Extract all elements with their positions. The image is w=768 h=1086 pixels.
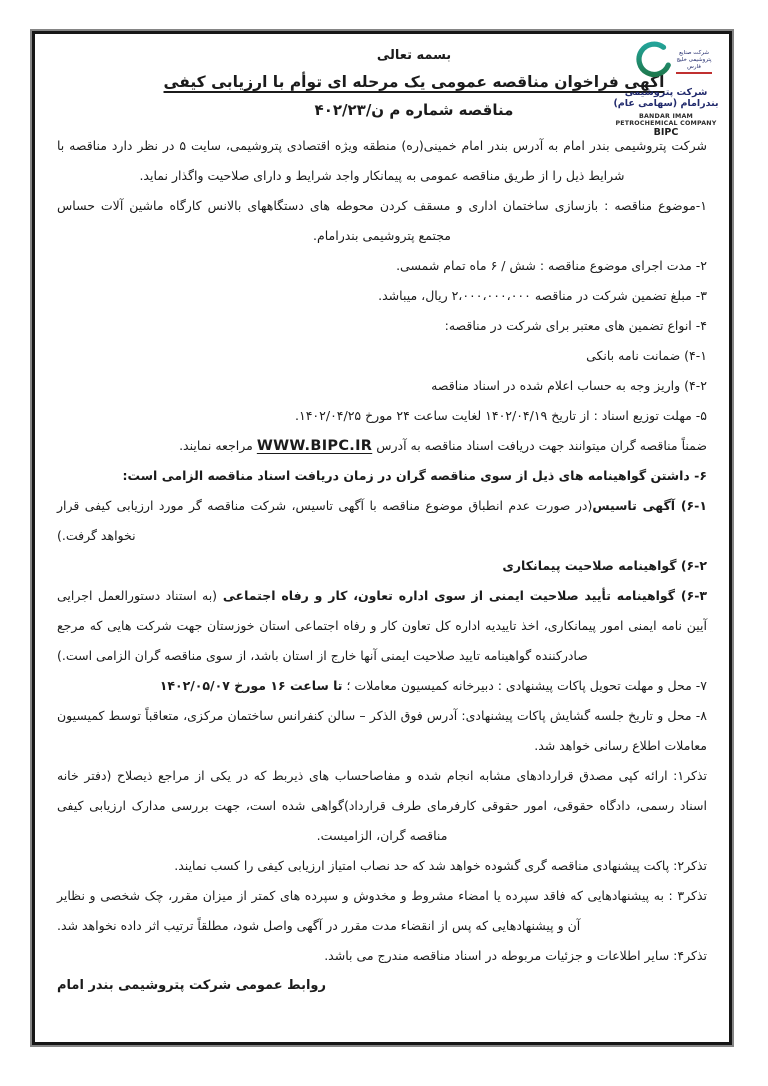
paragraph-2: ۱-موضوع مناقصه : بازسازی ساختمان اداری و… xyxy=(57,191,707,251)
text-run: تذکر۲: پاکت پیشنهادی مناقصه گری گشوده خو… xyxy=(174,858,707,873)
logo-swoosh-icon xyxy=(631,41,673,85)
logo-holding-script: شرکت صنایع پتروشیمی خلیج فارس xyxy=(671,50,717,74)
logo-company-name-en: BANDAR IMAM PETROCHEMICAL COMPANY xyxy=(607,113,725,127)
text-run: تذکر۴: سایر اطلاعات و جزئیات مربوطه در ا… xyxy=(324,948,707,963)
paragraph-13: ۶-۳) گواهینامه تأیید صلاحیت ایمنی از سوی… xyxy=(57,581,707,671)
text-run: تا ساعت ۱۶ مورخ ۱۴۰۲/۰۵/۰۷ xyxy=(160,678,343,693)
footer-signature: روابط عمومی شرکت پتروشیمی بندر امام xyxy=(57,971,707,1001)
text-run: ۳- مبلغ تضمین شرکت در مناقصه ۲،۰۰۰،۰۰۰،۰… xyxy=(378,288,707,303)
logo-holding-script-text: شرکت صنایع پتروشیمی خلیج فارس xyxy=(671,50,717,71)
paragraph-15: ۸- محل و تاریخ جلسه گشایش پاکات پیشنهادی… xyxy=(57,701,707,761)
paragraph-19: تذکر۴: سایر اطلاعات و جزئیات مربوطه در ا… xyxy=(57,941,707,971)
scanned-document-page: شرکت صنایع پتروشیمی خلیج فارس شرکت پتروش… xyxy=(0,0,768,1086)
document-frame: شرکت صنایع پتروشیمی خلیج فارس شرکت پتروش… xyxy=(32,31,732,1045)
paragraph-18: تذکر۳ : به پیشنهادهایی که فاقد سپرده یا … xyxy=(57,881,707,941)
paragraph-5: ۴- انواع تضمین های معتبر برای شرکت در من… xyxy=(57,311,707,341)
text-run: (در صورت عدم انطباق موضوع مناقصه با آگهی… xyxy=(57,498,592,543)
document-body: شرکت پتروشیمی بندر امام به آدرس بندر اما… xyxy=(57,131,707,971)
company-logo: شرکت صنایع پتروشیمی خلیج فارس شرکت پتروش… xyxy=(607,41,725,139)
paragraph-11: ۶-۱) آگهی تاسیس(در صورت عدم انطباق موضوع… xyxy=(57,491,707,551)
text-run: ۶-۱) آگهی تاسیس xyxy=(592,498,707,513)
paragraph-12: ۶-۲) گواهینامه صلاحیت پیمانکاری xyxy=(57,551,707,581)
text-run: ۶-۲) گواهینامه صلاحیت پیمانکاری xyxy=(502,558,707,573)
paragraph-7: ۴-۲) واریز وجه به حساب اعلام شده در اسنا… xyxy=(57,371,707,401)
logo-emblem: شرکت صنایع پتروشیمی خلیج فارس xyxy=(607,41,725,87)
text-run: تذکر۱: ارائه کپی مصدق قراردادهای مشابه ا… xyxy=(57,768,707,843)
paragraph-4: ۳- مبلغ تضمین شرکت در مناقصه ۲،۰۰۰،۰۰۰،۰… xyxy=(57,281,707,311)
text-run: ۶-۳) گواهینامه تأیید صلاحیت ایمنی از سوی… xyxy=(217,588,707,603)
text-run: ۶- داشتن گواهینامه های ذیل از سوی مناقصه… xyxy=(123,468,707,483)
text-run: مراجعه نمایند. xyxy=(179,438,257,453)
text-run: ۴-۲) واریز وجه به حساب اعلام شده در اسنا… xyxy=(431,378,707,393)
paragraph-3: ۲- مدت اجرای موضوع مناقصه : شش / ۶ ماه ت… xyxy=(57,251,707,281)
paragraph-10: ۶- داشتن گواهینامه های ذیل از سوی مناقصه… xyxy=(57,461,707,491)
text-run: ضمناً مناقصه گران میتوانند جهت دریافت اس… xyxy=(372,438,707,453)
logo-abbreviation: BIPC xyxy=(607,128,725,139)
paragraph-16: تذکر۱: ارائه کپی مصدق قراردادهای مشابه ا… xyxy=(57,761,707,851)
text-run: تذکر۳ : به پیشنهادهایی که فاقد سپرده یا … xyxy=(57,888,707,933)
text-run: ۴- انواع تضمین های معتبر برای شرکت در من… xyxy=(445,318,707,333)
text-run: ۷- محل و مهلت تحویل پاکات پیشنهادی : دبی… xyxy=(343,678,708,693)
text-run: ۸- محل و تاریخ جلسه گشایش پاکات پیشنهادی… xyxy=(57,708,707,753)
paragraph-1: شرکت پتروشیمی بندر امام به آدرس بندر اما… xyxy=(57,131,707,191)
paragraph-9: ضمناً مناقصه گران میتوانند جهت دریافت اس… xyxy=(57,431,707,461)
text-run: ۴-۱) ضمانت نامه بانکی xyxy=(586,348,707,363)
text-run: ۱-موضوع مناقصه : بازسازی ساختمان اداری و… xyxy=(57,198,707,243)
text-run: ۵- مهلت توزیع اسناد : از تاریخ ۱۴۰۲/۰۴/۱… xyxy=(295,408,707,423)
bipc-website-url[interactable]: WWW.BIPC.IR xyxy=(257,438,372,454)
paragraph-14: ۷- محل و مهلت تحویل پاکات پیشنهادی : دبی… xyxy=(57,671,707,701)
paragraph-8: ۵- مهلت توزیع اسناد : از تاریخ ۱۴۰۲/۰۴/۱… xyxy=(57,401,707,431)
logo-company-name-fa: شرکت پتروشیمی بندرامام (سهامی عام) xyxy=(607,88,725,110)
text-run: ۲- مدت اجرای موضوع مناقصه : شش / ۶ ماه ت… xyxy=(396,258,707,273)
paragraph-17: تذکر۲: پاکت پیشنهادی مناقصه گری گشوده خو… xyxy=(57,851,707,881)
logo-script-underline xyxy=(676,72,712,74)
paragraph-6: ۴-۱) ضمانت نامه بانکی xyxy=(57,341,707,371)
text-run: شرکت پتروشیمی بندر امام به آدرس بندر اما… xyxy=(57,138,707,183)
